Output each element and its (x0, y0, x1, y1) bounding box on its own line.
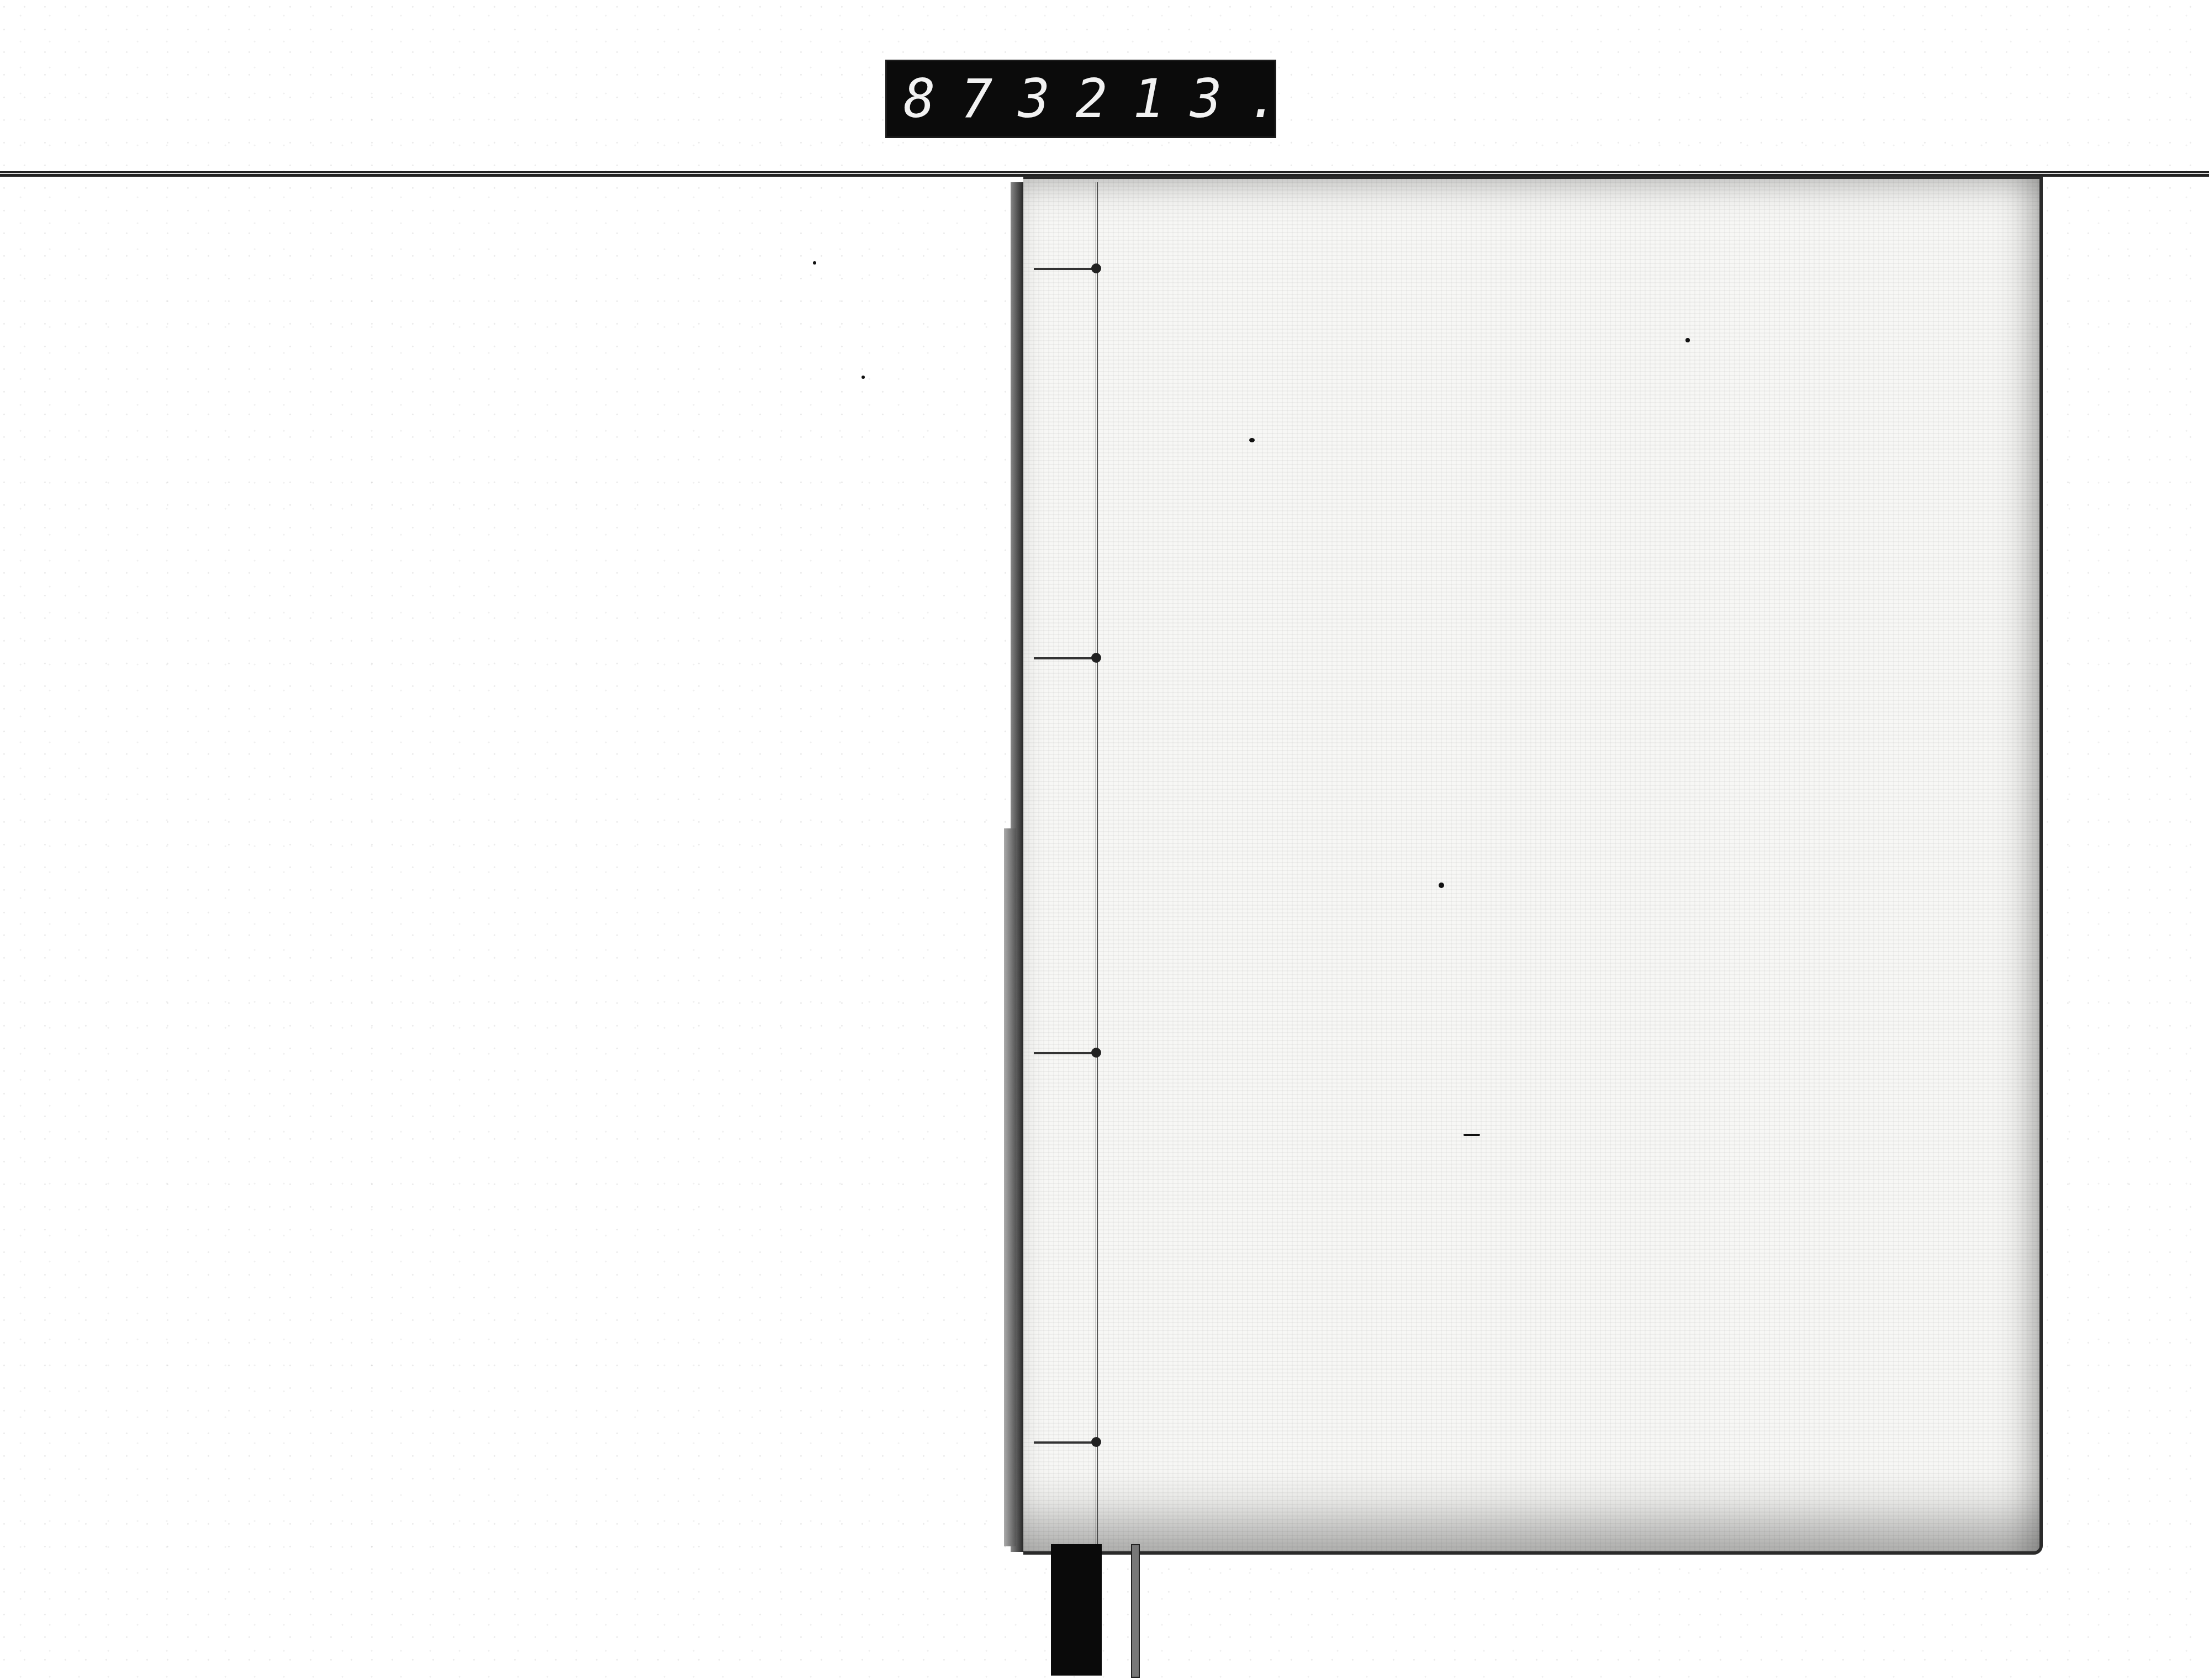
bottom-tab-thin (1131, 1544, 1140, 1678)
stain-mark (813, 261, 816, 265)
stitch-1 (1034, 268, 1096, 270)
bottom-tab-dark (1051, 1544, 1102, 1676)
stain-mark (1685, 338, 1690, 342)
book-cover (1023, 176, 2043, 1555)
stain-mark (1463, 1134, 1480, 1136)
stitch-3 (1034, 1052, 1096, 1054)
frame-number-label: 873 213. (885, 60, 1276, 138)
stain-mark (1439, 883, 1444, 888)
frame-number: 213. (1075, 72, 1304, 125)
stain-mark (862, 376, 865, 379)
stitch-4 (1034, 1441, 1096, 1444)
binding-strip (1034, 182, 1098, 1546)
stain-mark (1249, 438, 1255, 442)
book-spine-edge (1004, 828, 1016, 1546)
stitch-2 (1034, 657, 1096, 659)
reel-number: 873 (903, 72, 1075, 125)
